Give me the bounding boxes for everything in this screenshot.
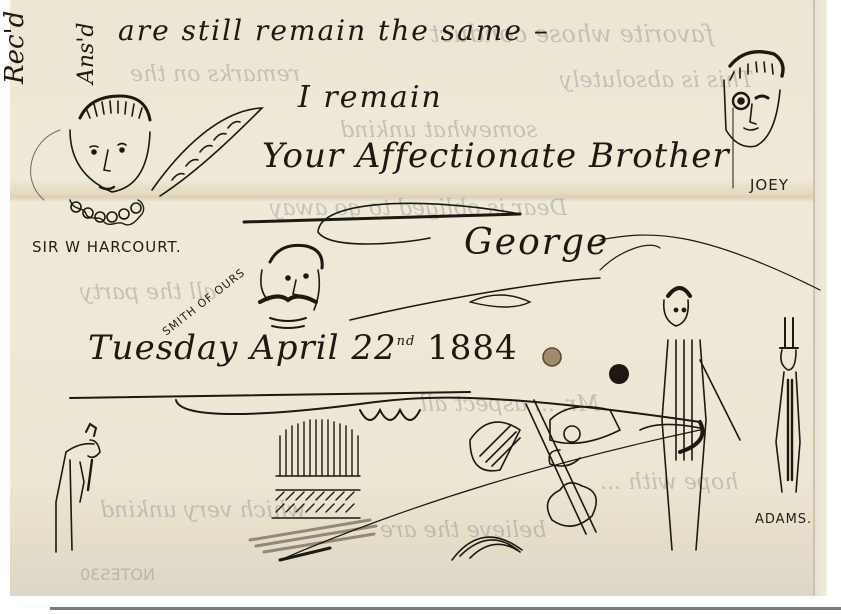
margin-note-received: Rec'd	[0, 11, 30, 84]
date-day: 22	[351, 328, 396, 368]
date-day-suffix: nd	[397, 334, 416, 349]
date-line: Tuesday April 22nd 1884	[88, 328, 518, 368]
adams-figure-sketch	[776, 318, 800, 492]
scanned-letter: favorite whose conduct remarks on the Th…	[0, 0, 841, 614]
organ-sketch	[250, 420, 376, 552]
date-year: 1884	[427, 328, 518, 368]
letter-line-2: I remain	[298, 80, 443, 115]
bottom-head-sketch	[452, 537, 522, 560]
joey-portrait-sketch	[724, 52, 783, 188]
caption-sir-w-harcourt: SIR W HARCOURT.	[32, 238, 182, 256]
violin-sketch	[280, 400, 700, 560]
closing-salutation: Your Affectionate Brother	[262, 136, 730, 176]
letter-line-1: are still remain the same –	[118, 14, 550, 47]
scribble	[360, 410, 420, 420]
smith-portrait-sketch	[260, 245, 322, 328]
signature: George	[464, 222, 609, 263]
harcourt-portrait-sketch	[31, 96, 262, 225]
date-weekday: Tuesday	[88, 328, 238, 368]
margin-note-answered: Ans'd	[74, 23, 99, 84]
caption-joey: JOEY	[750, 176, 789, 194]
caption-adams: ADAMS.	[755, 512, 812, 527]
date-month: April	[250, 328, 339, 368]
bent-figure-sketch	[56, 424, 100, 552]
